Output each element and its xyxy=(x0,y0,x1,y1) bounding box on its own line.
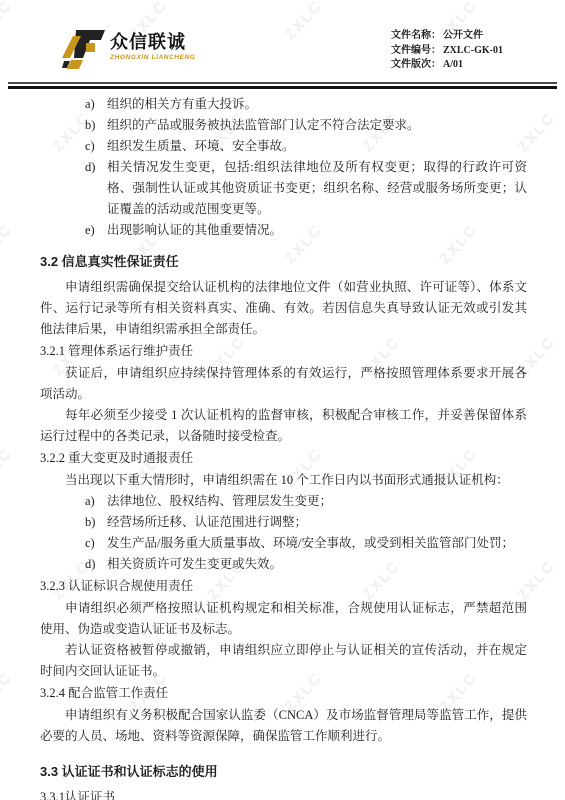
list-item: b)组织的产品或服务被执法监管部门认定不符合法定要求。 xyxy=(40,115,527,136)
document-info-label: 文件版次： xyxy=(391,59,441,70)
list-item-text: 法律地位、股权结构、管理层发生变更； xyxy=(107,494,332,508)
document-info-field: 文件版次：A/01 xyxy=(391,58,503,73)
list-item-text: 相关资质许可发生变更或失效。 xyxy=(107,557,282,571)
paragraph: 获证后，申请组织应持续保持管理体系的有效运行，严格按照管理体系要求开展各项活动。 xyxy=(40,363,527,405)
list-item-text: 组织的相关方有重大投诉。 xyxy=(107,97,257,111)
page-header: 众信联诚 ZHONGXIN LIANCHENG 文件名称：公开文件文件编号：ZX… xyxy=(0,0,565,78)
list-item-marker: a) xyxy=(85,491,95,512)
paragraph: 当出现以下重大情形时，申请组织需在 10 个工作日内以书面形式通报认证机构： xyxy=(40,470,527,491)
section-heading: 3.2.2 重大变更及时通报责任 xyxy=(40,448,527,469)
list-item: a)法律地位、股权结构、管理层发生变更； xyxy=(40,491,527,512)
document-info-field: 文件名称：公开文件 xyxy=(391,29,503,44)
list-item-marker: a) xyxy=(85,94,95,115)
company-name-en: ZHONGXIN LIANCHENG xyxy=(110,54,196,61)
list-item-text: 相关情况发生变更，包括:组织法律地位及所有权变更；取得的行政许可资格、强制性认证… xyxy=(107,160,527,216)
list-item: b)经营场所迁移、认证范围进行调整； xyxy=(40,512,527,533)
document-info-label: 文件名称： xyxy=(391,30,441,41)
paragraph: 每年必须至少接受 1 次认证机构的监督审核，积极配合审核工作，并妥善保留体系运行… xyxy=(40,405,527,447)
document-info-block: 文件名称：公开文件文件编号：ZXLC-GK-01文件版次：A/01 xyxy=(391,29,503,73)
section-heading: 3.3 认证证书和认证标志的使用 xyxy=(40,761,527,782)
section-heading: 3.2.1 管理体系运行维护责任 xyxy=(40,341,527,362)
paragraph: 若认证资格被暂停或撤销，申请组织应立即停止与认证相关的宣传活动，并在规定时间内交… xyxy=(40,640,527,682)
list-item: a)组织的相关方有重大投诉。 xyxy=(40,94,527,115)
document-info-value: 公开文件 xyxy=(443,30,483,41)
document-info-value: A/01 xyxy=(443,59,463,70)
section-heading: 3.3.1认证证书 xyxy=(40,787,527,800)
list-item-marker: e) xyxy=(85,220,95,241)
document-body: a)组织的相关方有重大投诉。b)组织的产品或服务被执法监管部门认定不符合法定要求… xyxy=(0,89,565,800)
company-logo-text: 众信联诚 ZHONGXIN LIANCHENG xyxy=(110,32,196,61)
paragraph: 申请组织需确保提交给认证机构的法律地位文件（如营业执照、许可证等）、体系文件、运… xyxy=(40,277,527,340)
list-item: c)组织发生质量、环境、安全事故。 xyxy=(40,136,527,157)
list-item-text: 出现影响认证的其他重要情况。 xyxy=(107,223,282,237)
company-logo: 众信联诚 ZHONGXIN LIANCHENG xyxy=(62,28,196,70)
list-item-marker: c) xyxy=(85,533,95,554)
list-item-marker: d) xyxy=(85,157,95,178)
paragraph: 申请组织有义务积极配合国家认监委（CNCA）及市场监督管理局等监管工作，提供必要… xyxy=(40,705,527,747)
company-logo-icon xyxy=(62,28,106,70)
list-item: c)发生产品/服务重大质量事故、环境/安全事故，或受到相关监管部门处罚； xyxy=(40,533,527,554)
list-item-text: 发生产品/服务重大质量事故、环境/安全事故，或受到相关监管部门处罚； xyxy=(107,536,514,550)
section-heading: 3.2 信息真实性保证责任 xyxy=(40,251,527,272)
list-item-marker: d) xyxy=(85,554,95,575)
section-heading: 3.2.3 认证标识合规使用责任 xyxy=(40,576,527,597)
list-item: e)出现影响认证的其他重要情况。 xyxy=(40,220,527,241)
list-item-text: 组织的产品或服务被执法监管部门认定不符合法定要求。 xyxy=(107,118,420,132)
list-item-text: 组织发生质量、环境、安全事故。 xyxy=(107,139,295,153)
list-item-marker: c) xyxy=(85,136,95,157)
document-info-field: 文件编号：ZXLC-GK-01 xyxy=(391,44,503,59)
list-item-marker: b) xyxy=(85,512,95,533)
document-info-label: 文件编号： xyxy=(391,45,441,56)
paragraph: 申请组织必须严格按照认证机构规定和相关标准，合规使用认证标志，严禁超范围使用、伪… xyxy=(40,598,527,640)
company-name-cn: 众信联诚 xyxy=(110,32,196,52)
document-page: ZXLCZXLCZXLCZXLCZXLCZXLCZXLCZXLCZXLCZXLC… xyxy=(0,0,565,800)
list-item: d)相关情况发生变更，包括:组织法律地位及所有权变更；取得的行政许可资格、强制性… xyxy=(40,157,527,220)
header-divider xyxy=(8,82,557,89)
list-item-marker: b) xyxy=(85,115,95,136)
list-item-text: 经营场所迁移、认证范围进行调整； xyxy=(107,515,307,529)
document-info-value: ZXLC-GK-01 xyxy=(443,45,503,56)
section-heading: 3.2.4 配合监管工作责任 xyxy=(40,683,527,704)
list-item: d)相关资质许可发生变更或失效。 xyxy=(40,554,527,575)
